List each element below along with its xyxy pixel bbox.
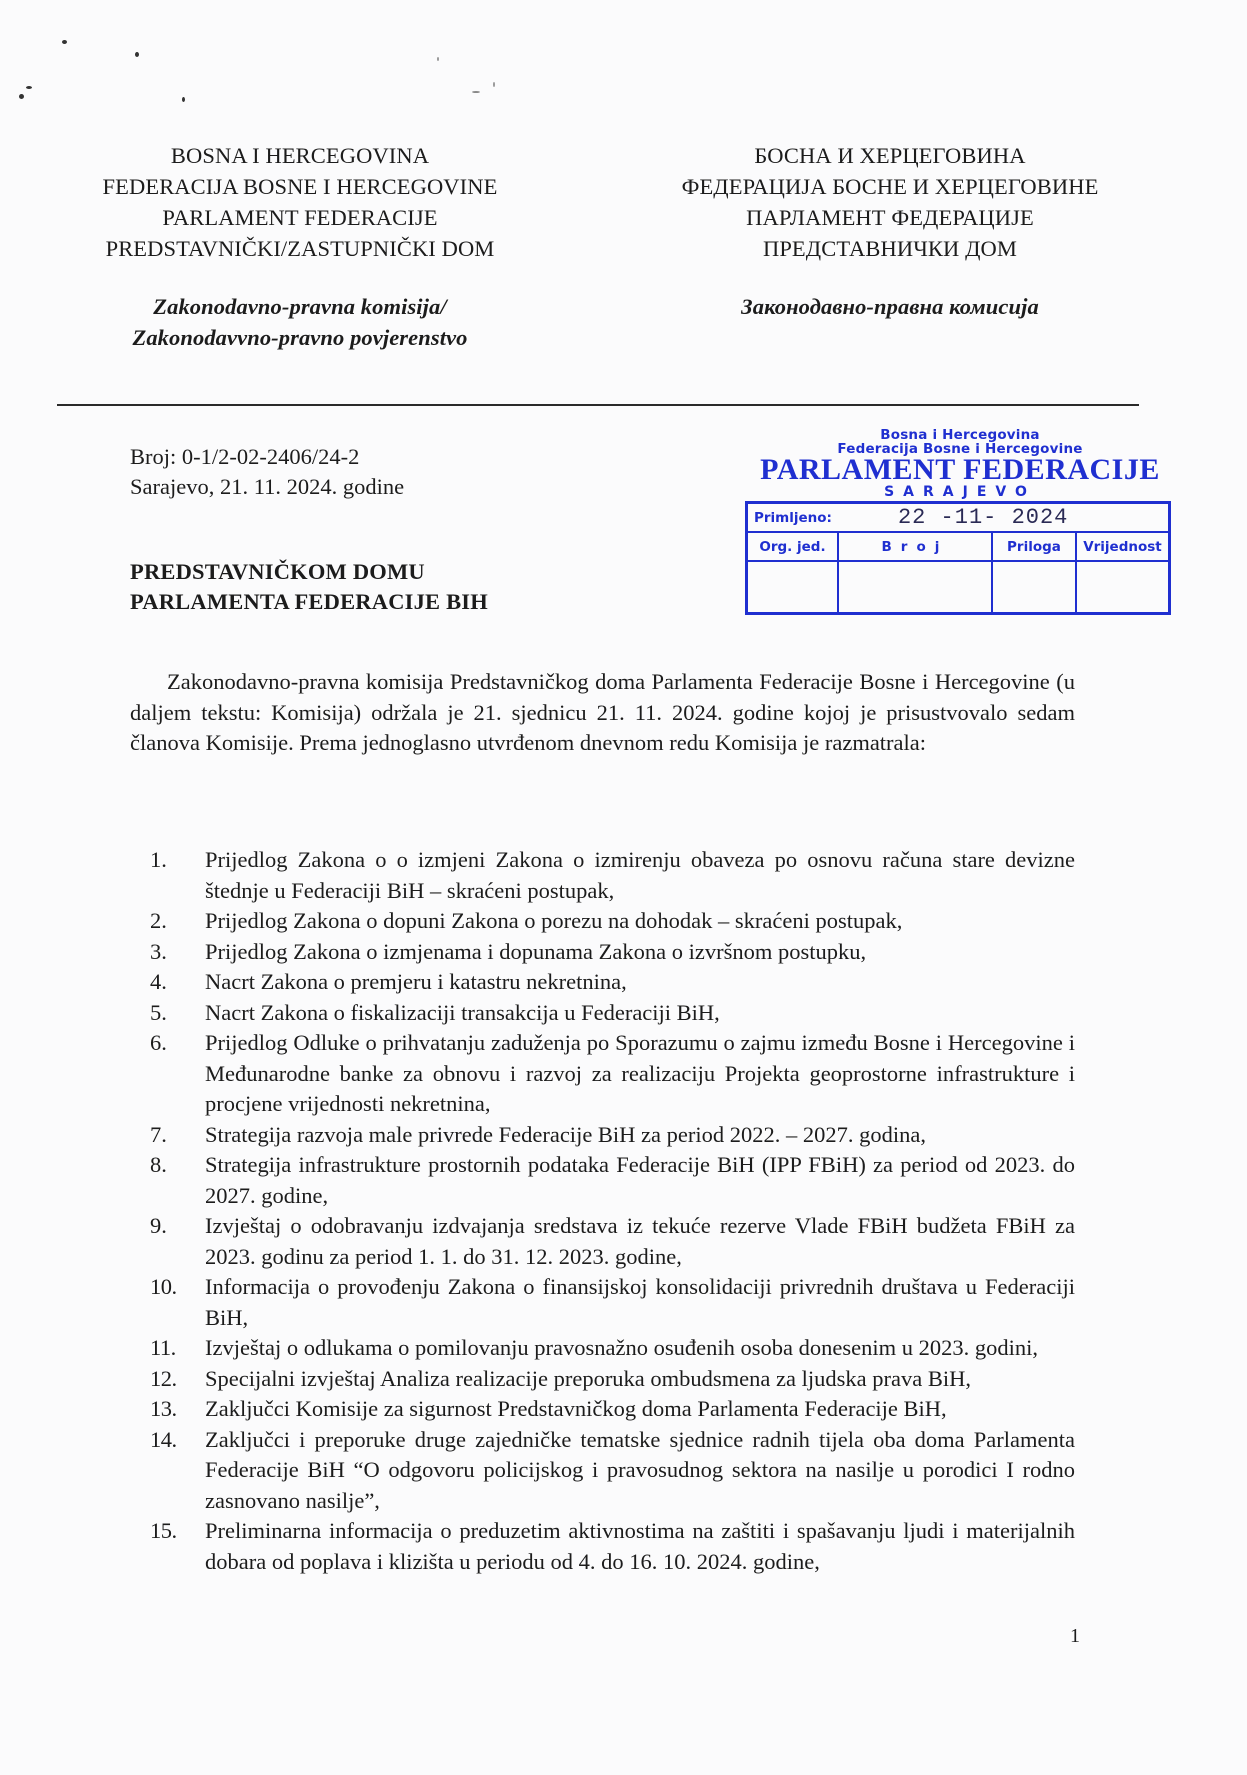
header-line: PARLAMENT FEDERACIJE bbox=[60, 202, 540, 233]
scan-artifact bbox=[182, 97, 185, 102]
agenda-item: 13.Zaključci Komisije za sigurnost Preds… bbox=[150, 1394, 1075, 1425]
header-line: БОСНА И ХЕРЦЕГОВИНА bbox=[640, 140, 1140, 171]
agenda-item: 15.Preliminarna informacija o preduzetim… bbox=[150, 1516, 1075, 1577]
recipient-block: PREDSTAVNIČKOM DOMU PARLAMENTA FEDERACIJ… bbox=[130, 557, 488, 617]
agenda-item-text: Prijedlog Zakona o o izmjeni Zakona o iz… bbox=[205, 845, 1075, 906]
agenda-item: 8.Strategija infrastrukture prostornih p… bbox=[150, 1150, 1075, 1211]
agenda-item-text: Strategija infrastrukture prostornih pod… bbox=[205, 1150, 1075, 1211]
recipient-line: PREDSTAVNIČKOM DOMU bbox=[130, 557, 488, 587]
agenda-item: 6.Prijedlog Odluke o prihvatanju zadužen… bbox=[150, 1028, 1075, 1120]
scan-artifact bbox=[472, 91, 480, 93]
agenda-item: 7.Strategija razvoja male privrede Feder… bbox=[150, 1120, 1075, 1151]
agenda-item-number: 13. bbox=[150, 1394, 205, 1425]
agenda-item-number: 1. bbox=[150, 845, 205, 876]
stamp-received-date: 22 -11- 2024 bbox=[838, 503, 1170, 533]
stamp-col-broj: Broj bbox=[838, 532, 992, 561]
header-line: BOSNA I HERCEGOVINA bbox=[60, 140, 540, 171]
stamp-cell bbox=[992, 561, 1076, 614]
agenda-item-number: 6. bbox=[150, 1028, 205, 1059]
agenda-item-text: Zaključci i preporuke druge zajedničke t… bbox=[205, 1425, 1075, 1517]
agenda-item-text: Informacija o provođenju Zakona o finans… bbox=[205, 1272, 1075, 1333]
agenda-item-text: Izvještaj o odlukama o pomilovanju pravo… bbox=[205, 1333, 1075, 1364]
scan-artifact bbox=[62, 40, 67, 44]
agenda-item: 11.Izvještaj o odlukama o pomilovanju pr… bbox=[150, 1333, 1075, 1364]
stamp-cell bbox=[747, 561, 838, 614]
commission-name-latin: Zakonodavno-pravna komisija/ Zakonodavvn… bbox=[60, 291, 540, 353]
header-latin: BOSNA I HERCEGOVINA FEDERACIJA BOSNE I H… bbox=[60, 140, 540, 353]
reference-number: Broj: 0-1/2-02-2406/24-2 bbox=[130, 442, 404, 472]
agenda-item: 9.Izvještaj o odobravanju izdvajanja sre… bbox=[150, 1211, 1075, 1272]
agenda-list: 1.Prijedlog Zakona o o izmjeni Zakona o … bbox=[150, 845, 1075, 1577]
header-line: ПАРЛАМЕНТ ФЕДЕРАЦИЈЕ bbox=[640, 202, 1140, 233]
agenda-item-text: Zaključci Komisije za sigurnost Predstav… bbox=[205, 1394, 1075, 1425]
header-cyrillic: БОСНА И ХЕРЦЕГОВИНА ФЕДЕРАЦИЈА БОСНЕ И Х… bbox=[640, 140, 1140, 322]
agenda-item-number: 7. bbox=[150, 1120, 205, 1151]
received-stamp: Bosna i Hercegovina Federacija Bosne i H… bbox=[745, 428, 1175, 615]
agenda-item-text: Preliminarna informacija o preduzetim ak… bbox=[205, 1516, 1075, 1577]
stamp-line: Bosna i Hercegovina bbox=[745, 428, 1175, 442]
header-line: ФЕДЕРАЦИЈА БОСНЕ И ХЕРЦЕГОВИНЕ bbox=[640, 171, 1140, 202]
stamp-cell bbox=[838, 561, 992, 614]
reference-block: Broj: 0-1/2-02-2406/24-2 Sarajevo, 21. 1… bbox=[130, 442, 404, 502]
agenda-item: 12.Specijalni izvještaj Analiza realizac… bbox=[150, 1364, 1075, 1395]
agenda-item-number: 4. bbox=[150, 967, 205, 998]
scan-artifact bbox=[437, 57, 439, 61]
stamp-title: PARLAMENT FEDERACIJE bbox=[745, 456, 1175, 484]
agenda-item-number: 8. bbox=[150, 1150, 205, 1181]
recipient-line: PARLAMENTA FEDERACIJE BIH bbox=[130, 587, 488, 617]
commission-name-cyrillic: Законодавно-правна комисија bbox=[640, 291, 1140, 322]
agenda-item: 1.Prijedlog Zakona o o izmjeni Zakona o … bbox=[150, 845, 1075, 906]
stamp-received-label: Primljeno: bbox=[747, 503, 838, 533]
agenda-item-number: 2. bbox=[150, 906, 205, 937]
agenda-item: 3.Prijedlog Zakona o izmjenama i dopunam… bbox=[150, 937, 1075, 968]
stamp-col-priloga: Priloga bbox=[992, 532, 1076, 561]
intro-paragraph: Zakonodavno-pravna komisija Predstavničk… bbox=[130, 667, 1075, 759]
stamp-col-org: Org. jed. bbox=[747, 532, 838, 561]
agenda-item-number: 10. bbox=[150, 1272, 205, 1303]
agenda-item-text: Nacrt Zakona o premjeru i katastru nekre… bbox=[205, 967, 1075, 998]
header-divider bbox=[57, 404, 1139, 406]
agenda-item-number: 3. bbox=[150, 937, 205, 968]
agenda-item-number: 5. bbox=[150, 998, 205, 1029]
scan-artifact bbox=[26, 86, 32, 89]
stamp-city: SARAJEVO bbox=[745, 484, 1175, 500]
scan-artifact bbox=[135, 52, 139, 57]
stamp-table: Primljeno: 22 -11- 2024 Org. jed. Broj P… bbox=[745, 501, 1171, 615]
stamp-cell bbox=[1076, 561, 1170, 614]
agenda-item-text: Nacrt Zakona o fiskalizaciji transakcija… bbox=[205, 998, 1075, 1029]
agenda-item-text: Strategija razvoja male privrede Federac… bbox=[205, 1120, 1075, 1151]
scan-artifact bbox=[19, 94, 24, 99]
agenda-item-text: Prijedlog Zakona o dopuni Zakona o porez… bbox=[205, 906, 1075, 937]
agenda-item: 14.Zaključci i preporuke druge zajedničk… bbox=[150, 1425, 1075, 1517]
agenda-item-text: Specijalni izvještaj Analiza realizacije… bbox=[205, 1364, 1075, 1395]
agenda-item-number: 12. bbox=[150, 1364, 205, 1395]
header-line: FEDERACIJA BOSNE I HERCEGOVINE bbox=[60, 171, 540, 202]
agenda-item-number: 14. bbox=[150, 1425, 205, 1456]
agenda-item-text: Prijedlog Zakona o izmjenama i dopunama … bbox=[205, 937, 1075, 968]
agenda-item: 2.Prijedlog Zakona o dopuni Zakona o por… bbox=[150, 906, 1075, 937]
agenda-item-text: Izvještaj o odobravanju izdvajanja sreds… bbox=[205, 1211, 1075, 1272]
place-date: Sarajevo, 21. 11. 2024. godine bbox=[130, 472, 404, 502]
page-number: 1 bbox=[1070, 1625, 1080, 1648]
agenda-item-number: 15. bbox=[150, 1516, 205, 1547]
agenda-item: 5.Nacrt Zakona o fiskalizaciji transakci… bbox=[150, 998, 1075, 1029]
header-line: ПРЕДСТАВНИЧКИ ДОМ bbox=[640, 233, 1140, 264]
agenda-item-text: Prijedlog Odluke o prihvatanju zaduženja… bbox=[205, 1028, 1075, 1120]
agenda-item-number: 11. bbox=[150, 1333, 205, 1364]
agenda-item-number: 9. bbox=[150, 1211, 205, 1242]
header-line: PREDSTAVNIČKI/ZASTUPNIČKI DOM bbox=[60, 233, 540, 264]
stamp-col-vrijednost: Vrijednost bbox=[1076, 532, 1170, 561]
scan-artifact bbox=[493, 82, 495, 87]
agenda-item: 4.Nacrt Zakona o premjeru i katastru nek… bbox=[150, 967, 1075, 998]
agenda-item: 10.Informacija o provođenju Zakona o fin… bbox=[150, 1272, 1075, 1333]
